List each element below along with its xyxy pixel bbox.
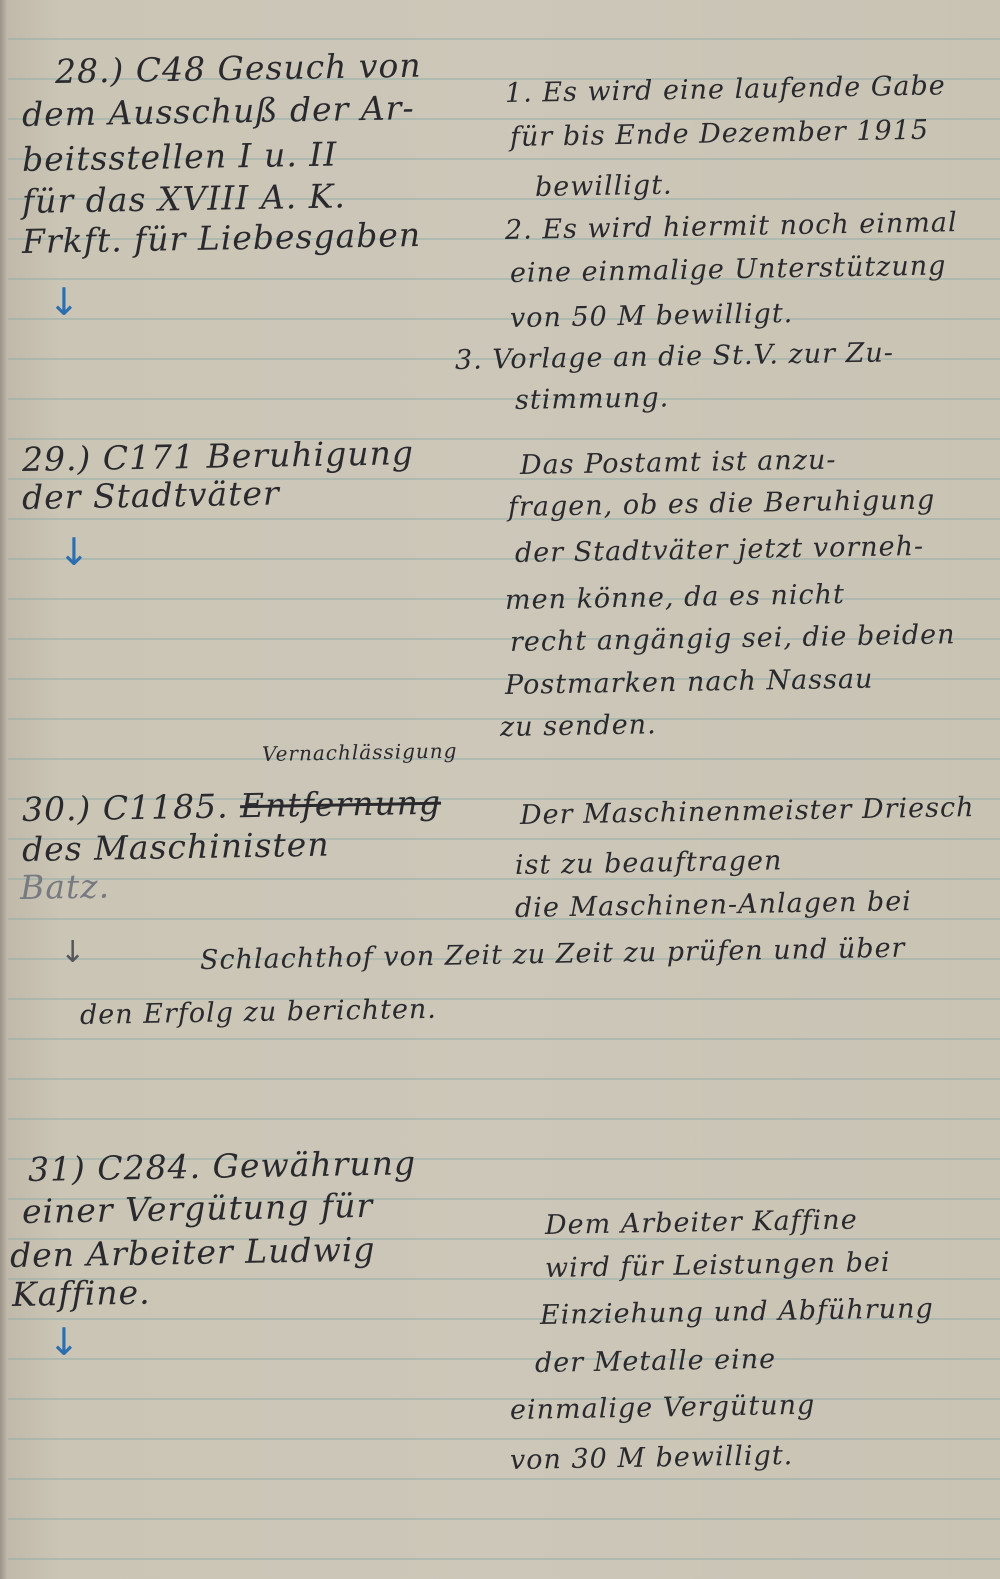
entry-28-decision-line-2: für bis Ende Dezember 1915	[510, 115, 930, 153]
struck-word: Entfernung	[240, 783, 442, 826]
entry-30-subject-line-3-pencil: Batz.	[20, 866, 111, 907]
ledger-page: 28.) C48 Gesuch von dem Ausschuß der Ar-…	[0, 0, 1000, 1579]
entry-31-subject-line-4: Kaffine.	[12, 1273, 151, 1314]
entry-29-decision-line-3: der Stadtväter jetzt vorneh-	[515, 531, 925, 569]
entry-30-decision-line-5: den Erfolg zu berichten.	[80, 994, 437, 1031]
entry-31-decision-line-1: Dem Arbeiter Kaffine	[545, 1205, 858, 1241]
entry-29-decision-line-7: zu senden.	[500, 709, 657, 743]
entry-29-decision-line-4: men könne, da es nicht	[505, 579, 845, 616]
entry-28-subject-line-5: Frkft. für Liebesgaben	[22, 215, 422, 261]
entry-30-subject-line-1: 30.) C1185. Entfernung	[22, 783, 442, 829]
entry-28-decision-line-4: 2. Es wird hiermit noch einmal	[505, 207, 958, 246]
entry-29-subject-line-1: 29.) C171 Beruhigung	[22, 433, 415, 479]
entry-28-decision-line-6: von 50 M bewilligt.	[510, 298, 794, 334]
entry-28-decision-line-7: 3. Vorlage an die St.V. zur Zu-	[455, 337, 894, 376]
entry-28-subject-line-3: beitsstellen I u. II	[22, 134, 338, 178]
entry-31-decision-line-4: der Metalle eine	[535, 1344, 777, 1379]
entry-28-decision-line-5: eine einmalige Unterstützung	[510, 250, 947, 289]
entry-28-subject-line-2: dem Ausschuß der Ar-	[22, 88, 415, 134]
entry-29-subject-line-2: der Stadtväter	[22, 474, 280, 517]
entry-29-decision-line-6: Postmarken nach Nassau	[505, 664, 874, 701]
entry-31-decision-line-6: von 30 M bewilligt.	[510, 1440, 794, 1476]
entry-30-decision-line-1: Der Maschinenmeister Driesch	[520, 792, 975, 831]
entry-28-subject-line-4: für das XVIII A. K.	[22, 176, 346, 221]
entry-28-decision-line-1: 1. Es wird eine laufende Gabe	[505, 70, 946, 109]
entry-28-subject-line-1: 28.) C48 Gesuch von	[55, 46, 422, 91]
entry-30-insertion: Vernachlässigung	[262, 739, 458, 766]
blue-check-mark-icon: ↓	[58, 530, 90, 574]
entry-31-decision-line-2: wird für Leistungen bei	[545, 1247, 891, 1284]
entry-29-decision-line-2: fragen, ob es die Beruhigung	[508, 485, 936, 523]
grey-check-mark-icon: ↓	[60, 935, 85, 970]
entry-31-decision-line-5: einmalige Vergütung	[510, 1390, 816, 1426]
entry-30-decision-line-2: ist zu beauftragen	[515, 845, 783, 881]
entry-30-subject-line-2: des Maschinisten	[22, 825, 330, 869]
blue-check-mark-icon: ↓	[48, 280, 80, 324]
entry-30-decision-line-3: die Maschinen-Anlagen bei	[515, 886, 912, 924]
entry-29-decision-line-5: recht angängig sei, die beiden	[510, 619, 956, 658]
entry-30-decision-line-4: Schlachthof von Zeit zu Zeit zu prüfen u…	[200, 933, 906, 976]
entry-31-decision-line-3: Einziehung und Abführung	[540, 1293, 934, 1331]
entry-28-decision-line-3: bewilligt.	[535, 170, 673, 203]
entry-31-subject-line-1: 31) C284. Gewährung	[28, 1143, 417, 1189]
blue-check-mark-icon: ↓	[48, 1320, 80, 1364]
entry-31-subject-line-2: einer Vergütung für	[22, 1186, 374, 1231]
entry-31-subject-line-3: den Arbeiter Ludwig	[10, 1230, 376, 1275]
entry-29-decision-line-1: Das Postamt ist anzu-	[520, 444, 837, 481]
entry-28-decision-line-8: stimmung.	[515, 382, 670, 416]
